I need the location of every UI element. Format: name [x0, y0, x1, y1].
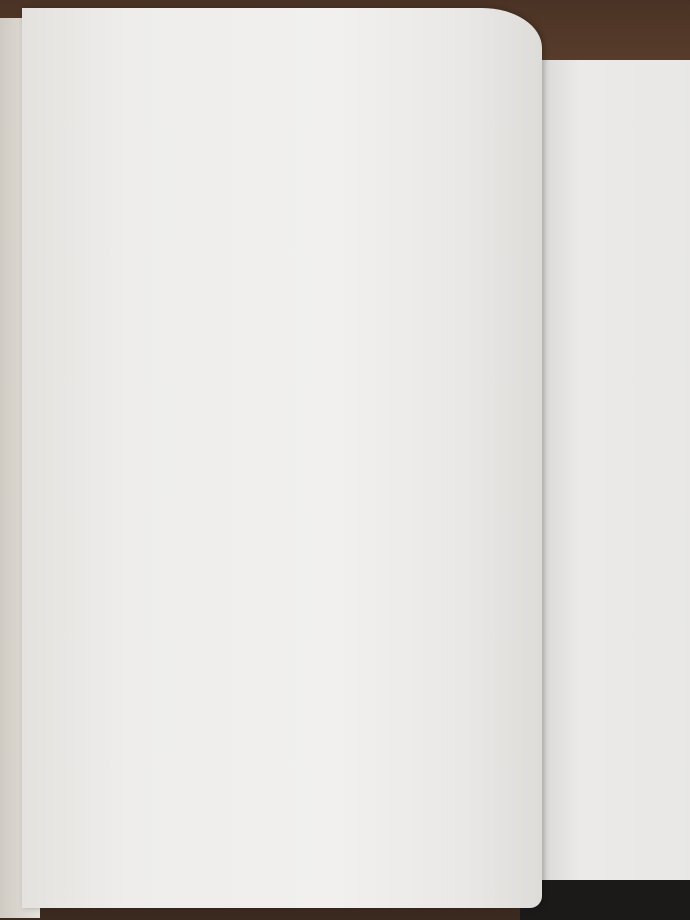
- left-page: [22, 8, 542, 908]
- language-toc: [90, 462, 542, 470]
- page-shadow: [520, 880, 690, 920]
- literature-toc: [80, 60, 542, 70]
- right-page: [540, 60, 690, 902]
